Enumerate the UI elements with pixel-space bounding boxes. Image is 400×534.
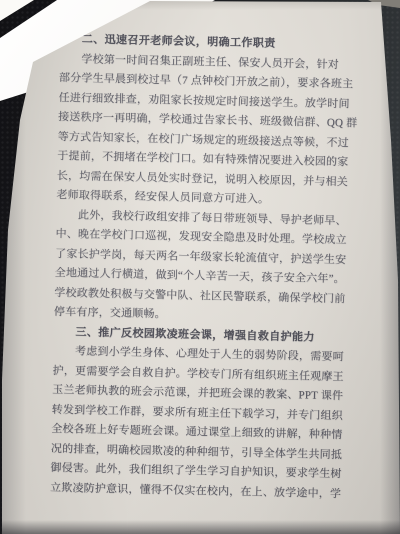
photo-background: 二、迅速召开老师会议，明确工作职责学校第一时间召集正副班主任、保安人员开会，针对… bbox=[0, 0, 400, 534]
document-text: 二、迅速召开老师会议，明确工作职责学校第一时间召集正副班主任、保安人员开会，针对… bbox=[50, 30, 380, 505]
document-page: 二、迅速召开老师会议，明确工作职责学校第一时间召集正副班主任、保安人员开会，针对… bbox=[0, 0, 400, 534]
